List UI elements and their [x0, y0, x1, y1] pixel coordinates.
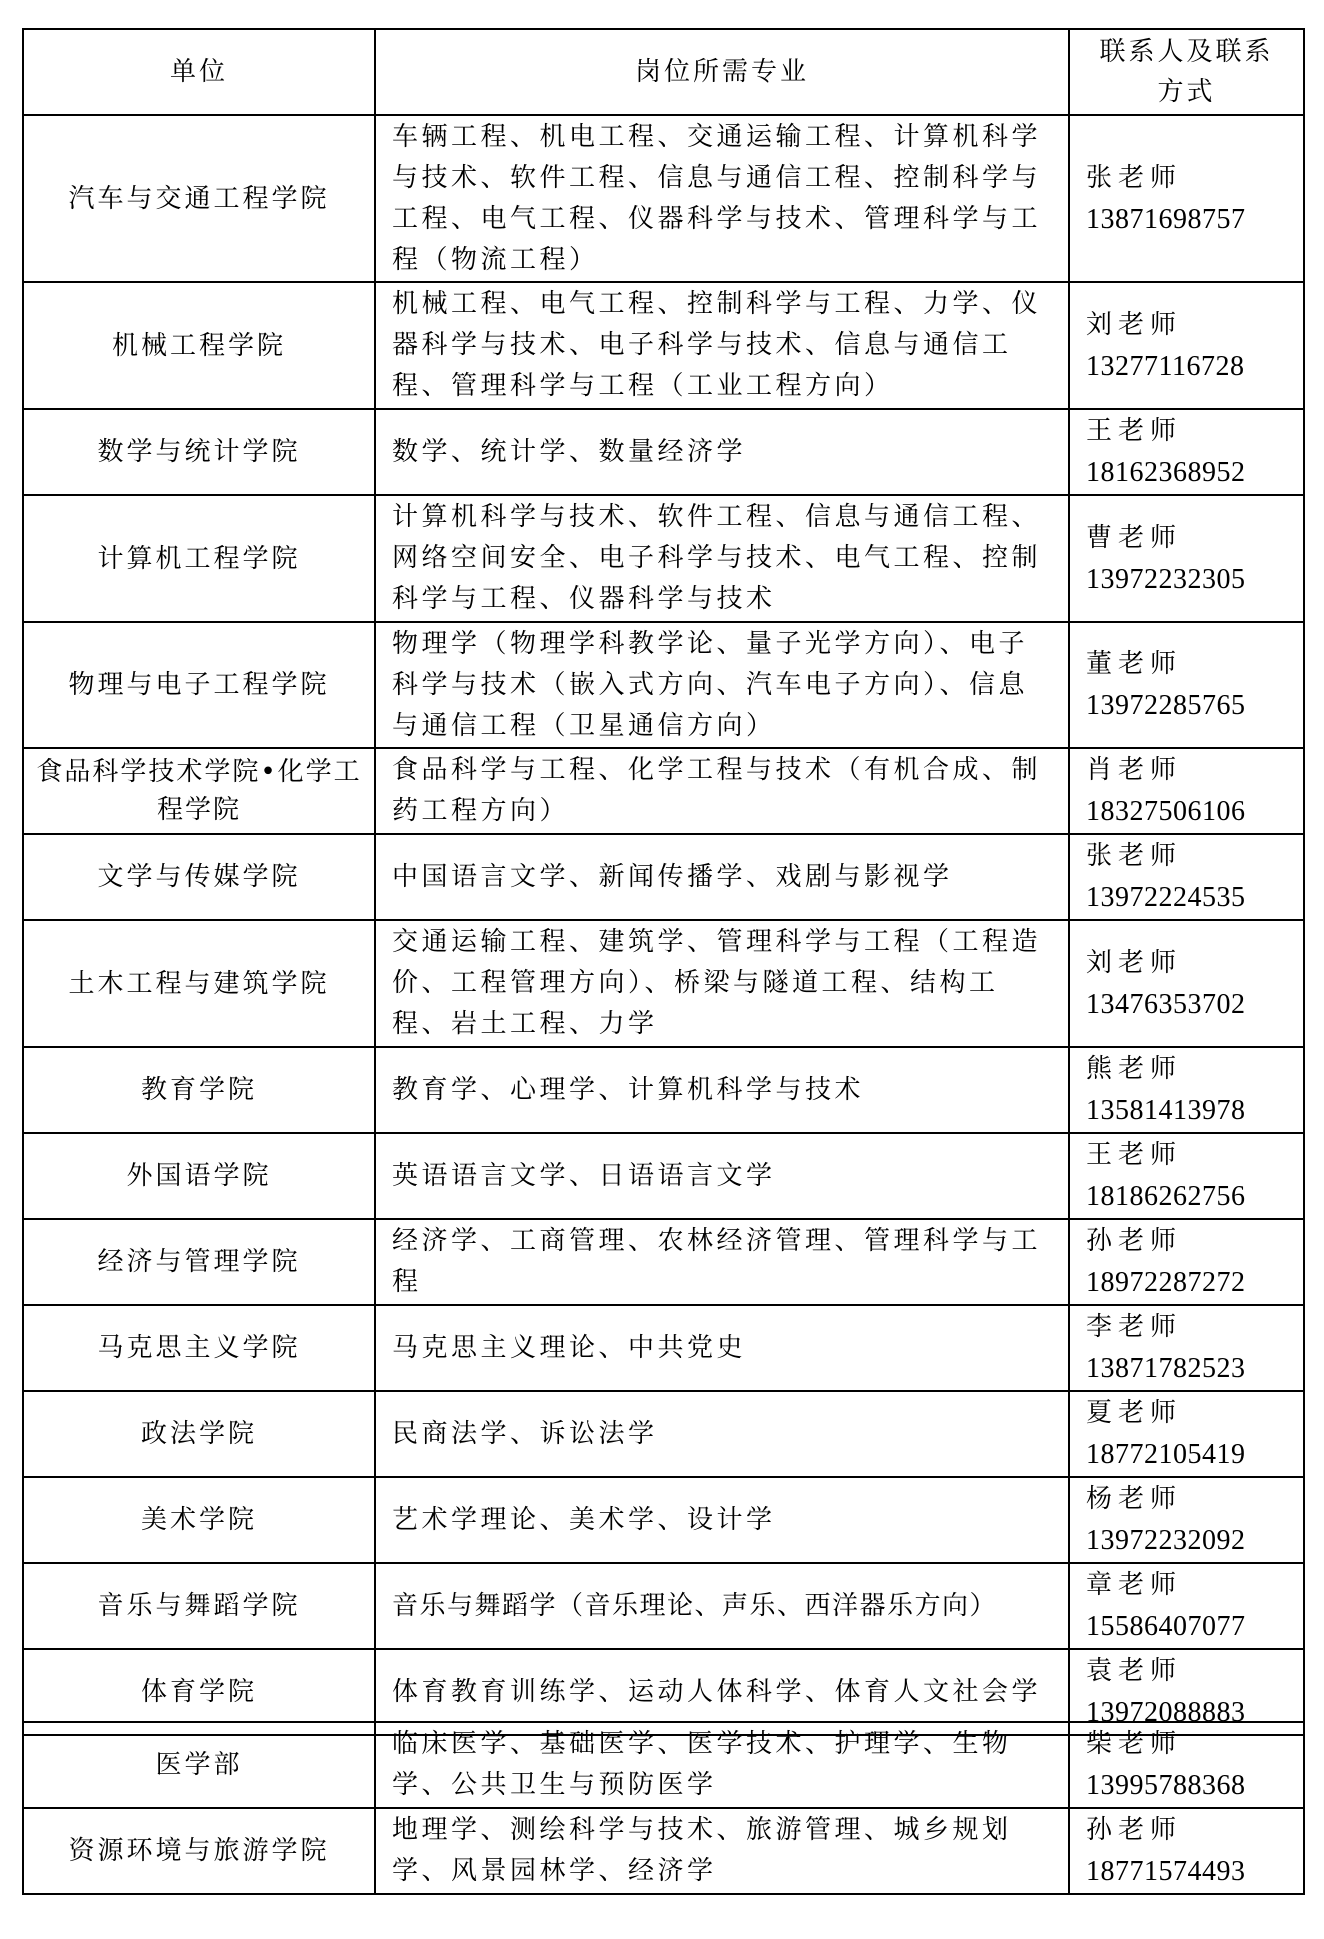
majors-cell: 机械工程、电气工程、控制科学与工程、力学、仪器科学与技术、电子科学与技术、信息与… — [375, 282, 1069, 409]
contact-cell: 熊老师13581413978 — [1069, 1047, 1304, 1133]
majors-cell: 临床医学、基础医学、医学技术、护理学、生物学、公共卫生与预防医学 — [375, 1722, 1069, 1808]
contact-name: 李老师 — [1086, 1306, 1293, 1348]
contact-phone: 13972232305 — [1086, 559, 1293, 601]
contact-phone: 13581413978 — [1086, 1090, 1293, 1132]
recruitment-contact-table-continued: 医学部 临床医学、基础医学、医学技术、护理学、生物学、公共卫生与预防医学 柴老师… — [22, 1721, 1305, 1895]
majors-cell: 马克思主义理论、中共党史 — [375, 1305, 1069, 1391]
contact-cell: 孙老师18771574493 — [1069, 1808, 1304, 1894]
table-row: 数学与统计学院 数学、统计学、数量经济学 王老师18162368952 — [23, 409, 1304, 495]
table-row: 政法学院 民商法学、诉讼法学 夏老师18772105419 — [23, 1391, 1304, 1477]
majors-cell: 计算机科学与技术、软件工程、信息与通信工程、网络空间安全、电子科学与技术、电气工… — [375, 495, 1069, 622]
contact-name: 孙老师 — [1086, 1220, 1293, 1262]
majors-cell: 食品科学与工程、化学工程与技术（有机合成、制药工程方向） — [375, 748, 1069, 834]
unit-cell: 外国语学院 — [23, 1133, 375, 1219]
unit-cell: 土木工程与建筑学院 — [23, 920, 375, 1047]
header-majors: 岗位所需专业 — [375, 29, 1069, 115]
table-row: 文学与传媒学院 中国语言文学、新闻传播学、戏剧与影视学 张老师139722245… — [23, 834, 1304, 920]
table-row: 经济与管理学院 经济学、工商管理、农林经济管理、管理科学与工程 孙老师18972… — [23, 1219, 1304, 1305]
unit-cell: 政法学院 — [23, 1391, 375, 1477]
table-row: 土木工程与建筑学院 交通运输工程、建筑学、管理科学与工程（工程造价、工程管理方向… — [23, 920, 1304, 1047]
unit-cell: 医学部 — [23, 1722, 375, 1808]
unit-cell: 经济与管理学院 — [23, 1219, 375, 1305]
contact-name: 曹老师 — [1086, 517, 1293, 559]
contact-phone: 18162368952 — [1086, 452, 1293, 494]
unit-cell: 音乐与舞蹈学院 — [23, 1563, 375, 1649]
majors-cell: 车辆工程、机电工程、交通运输工程、计算机科学与技术、软件工程、信息与通信工程、控… — [375, 115, 1069, 282]
contact-phone: 13972285765 — [1086, 685, 1293, 727]
recruitment-contact-table: 单位 岗位所需专业 联系人及联系方式 汽车与交通工程学院 车辆工程、机电工程、交… — [22, 28, 1305, 1736]
majors-cell: 民商法学、诉讼法学 — [375, 1391, 1069, 1477]
contact-name: 张老师 — [1086, 157, 1293, 199]
contact-phone: 13871698757 — [1086, 199, 1293, 241]
contact-name: 刘老师 — [1086, 942, 1293, 984]
majors-cell: 教育学、心理学、计算机科学与技术 — [375, 1047, 1069, 1133]
table-row: 音乐与舞蹈学院 音乐与舞蹈学（音乐理论、声乐、西洋器乐方向） 章老师155864… — [23, 1563, 1304, 1649]
majors-cell: 地理学、测绘科学与技术、旅游管理、城乡规划学、风景园林学、经济学 — [375, 1808, 1069, 1894]
contact-name: 熊老师 — [1086, 1048, 1293, 1090]
table-row: 医学部 临床医学、基础医学、医学技术、护理学、生物学、公共卫生与预防医学 柴老师… — [23, 1722, 1304, 1808]
contact-name: 袁老师 — [1086, 1650, 1293, 1692]
contact-name: 刘老师 — [1086, 304, 1293, 346]
majors-cell: 音乐与舞蹈学（音乐理论、声乐、西洋器乐方向） — [375, 1563, 1069, 1649]
table-row: 机械工程学院 机械工程、电气工程、控制科学与工程、力学、仪器科学与技术、电子科学… — [23, 282, 1304, 409]
contact-phone: 13972232092 — [1086, 1520, 1293, 1562]
unit-cell: 机械工程学院 — [23, 282, 375, 409]
contact-cell: 肖老师18327506106 — [1069, 748, 1304, 834]
contact-cell: 张老师13972224535 — [1069, 834, 1304, 920]
contact-cell: 刘老师13476353702 — [1069, 920, 1304, 1047]
contact-cell: 王老师18162368952 — [1069, 409, 1304, 495]
contact-cell: 柴老师13995788368 — [1069, 1722, 1304, 1808]
unit-cell: 物理与电子工程学院 — [23, 622, 375, 748]
contact-cell: 王老师18186262756 — [1069, 1133, 1304, 1219]
unit-cell: 马克思主义学院 — [23, 1305, 375, 1391]
contact-phone: 18327506106 — [1086, 791, 1293, 833]
contact-phone: 13972224535 — [1086, 877, 1293, 919]
majors-cell: 艺术学理论、美术学、设计学 — [375, 1477, 1069, 1563]
contact-cell: 董老师13972285765 — [1069, 622, 1304, 748]
contact-phone: 13995788368 — [1086, 1765, 1293, 1807]
contact-name: 杨老师 — [1086, 1478, 1293, 1520]
contact-name: 夏老师 — [1086, 1392, 1293, 1434]
contact-name: 章老师 — [1086, 1564, 1293, 1606]
table-header-row: 单位 岗位所需专业 联系人及联系方式 — [23, 29, 1304, 115]
contact-phone: 15586407077 — [1086, 1606, 1293, 1648]
table-row: 外国语学院 英语语言文学、日语语言文学 王老师18186262756 — [23, 1133, 1304, 1219]
contact-cell: 李老师13871782523 — [1069, 1305, 1304, 1391]
majors-cell: 交通运输工程、建筑学、管理科学与工程（工程造价、工程管理方向）、桥梁与隧道工程、… — [375, 920, 1069, 1047]
contact-cell: 章老师15586407077 — [1069, 1563, 1304, 1649]
header-unit: 单位 — [23, 29, 375, 115]
contact-cell: 张老师13871698757 — [1069, 115, 1304, 282]
contact-phone: 13476353702 — [1086, 984, 1293, 1026]
majors-cell: 物理学（物理学科教学论、量子光学方向）、电子科学与技术（嵌入式方向、汽车电子方向… — [375, 622, 1069, 748]
unit-cell: 计算机工程学院 — [23, 495, 375, 622]
contact-phone: 18186262756 — [1086, 1176, 1293, 1218]
table-row: 食品科学技术学院•化学工程学院 食品科学与工程、化学工程与技术（有机合成、制药工… — [23, 748, 1304, 834]
contact-name: 柴老师 — [1086, 1723, 1293, 1765]
contact-name: 孙老师 — [1086, 1809, 1293, 1851]
contact-phone: 18972287272 — [1086, 1262, 1293, 1304]
unit-cell: 文学与传媒学院 — [23, 834, 375, 920]
contact-cell: 孙老师18972287272 — [1069, 1219, 1304, 1305]
contact-cell: 刘老师13277116728 — [1069, 282, 1304, 409]
contact-phone: 18772105419 — [1086, 1434, 1293, 1476]
table-row: 物理与电子工程学院 物理学（物理学科教学论、量子光学方向）、电子科学与技术（嵌入… — [23, 622, 1304, 748]
contact-phone: 13277116728 — [1086, 346, 1293, 388]
contact-name: 王老师 — [1086, 410, 1293, 452]
majors-cell: 中国语言文学、新闻传播学、戏剧与影视学 — [375, 834, 1069, 920]
unit-cell: 资源环境与旅游学院 — [23, 1808, 375, 1894]
contact-cell: 杨老师13972232092 — [1069, 1477, 1304, 1563]
contact-name: 肖老师 — [1086, 749, 1293, 791]
contact-phone: 18771574493 — [1086, 1851, 1293, 1893]
contact-name: 王老师 — [1086, 1134, 1293, 1176]
unit-cell: 食品科学技术学院•化学工程学院 — [23, 748, 375, 834]
table-row: 计算机工程学院 计算机科学与技术、软件工程、信息与通信工程、网络空间安全、电子科… — [23, 495, 1304, 622]
unit-cell: 教育学院 — [23, 1047, 375, 1133]
unit-cell: 数学与统计学院 — [23, 409, 375, 495]
majors-cell: 英语语言文学、日语语言文学 — [375, 1133, 1069, 1219]
unit-cell: 汽车与交通工程学院 — [23, 115, 375, 282]
contact-cell: 夏老师18772105419 — [1069, 1391, 1304, 1477]
table-row: 美术学院 艺术学理论、美术学、设计学 杨老师13972232092 — [23, 1477, 1304, 1563]
contact-cell: 曹老师13972232305 — [1069, 495, 1304, 622]
unit-cell: 美术学院 — [23, 1477, 375, 1563]
majors-cell: 经济学、工商管理、农林经济管理、管理科学与工程 — [375, 1219, 1069, 1305]
contact-name: 张老师 — [1086, 835, 1293, 877]
table-row: 马克思主义学院 马克思主义理论、中共党史 李老师13871782523 — [23, 1305, 1304, 1391]
table-row: 教育学院 教育学、心理学、计算机科学与技术 熊老师13581413978 — [23, 1047, 1304, 1133]
majors-cell: 数学、统计学、数量经济学 — [375, 409, 1069, 495]
header-contact: 联系人及联系方式 — [1069, 29, 1304, 115]
table-row: 汽车与交通工程学院 车辆工程、机电工程、交通运输工程、计算机科学与技术、软件工程… — [23, 115, 1304, 282]
contact-name: 董老师 — [1086, 643, 1293, 685]
table-row: 资源环境与旅游学院 地理学、测绘科学与技术、旅游管理、城乡规划学、风景园林学、经… — [23, 1808, 1304, 1894]
contact-phone: 13871782523 — [1086, 1348, 1293, 1390]
